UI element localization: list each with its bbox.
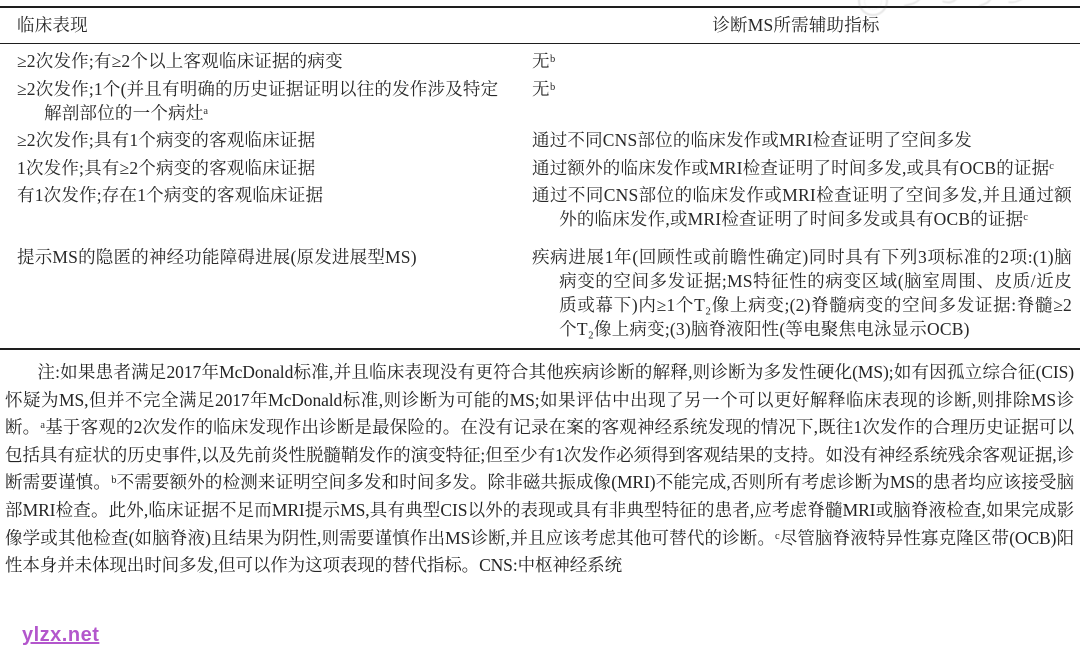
calligraphy-stroke-icon (942, 0, 960, 6)
column-header-criteria: 诊断MS所需辅助指标 (532, 13, 1080, 37)
clinical-presentation-cell: ≥2次发作;1个(并且有明确的历史证据证明以往的发作涉及特定解剖部位的一个病灶ᵃ (0, 77, 532, 125)
table-row: 有1次发作;存在1个病变的客观临床证据 通过不同CNS部位的临床发作或MRI检查… (0, 181, 1080, 233)
site-watermark: ylzx.net (22, 624, 99, 647)
diagnosis-criteria-table: 临床表现 诊断MS所需辅助指标 ≥2次发作;有≥2个以上客观临床证据的病变 无ᵇ… (0, 6, 1080, 350)
table-body: ≥2次发作;有≥2个以上客观临床证据的病变 无ᵇ ≥2次发作;1个(并且有明确的… (0, 44, 1080, 348)
table-row: ≥2次发作;有≥2个以上客观临床证据的病变 无ᵇ (0, 47, 1080, 75)
clinical-presentation-cell: ≥2次发作;具有1个病变的客观临床证据 (0, 128, 532, 152)
document-page: 临床表现 诊断MS所需辅助指标 ≥2次发作;有≥2个以上客观临床证据的病变 无ᵇ… (0, 0, 1080, 658)
required-criteria-cell: 无ᵇ (532, 77, 1080, 101)
clinical-presentation-cell: 1次发作;具有≥2个病变的客观临床证据 (0, 156, 532, 180)
column-header-clinical: 临床表现 (0, 13, 532, 37)
required-criteria-cell: 通过额外的临床发作或MRI检查证明了时间多发,或具有OCB的证据ᶜ (532, 156, 1080, 180)
required-criteria-cell: 通过不同CNS部位的临床发作或MRI检查证明了空间多发,并且通过额外的临床发作,… (532, 183, 1080, 231)
table-row: ≥2次发作;1个(并且有明确的历史证据证明以往的发作涉及特定解剖部位的一个病灶ᵃ… (0, 75, 1080, 127)
calligraphy-stroke-icon (1007, 0, 1032, 4)
required-criteria-cell: 无ᵇ (532, 49, 1080, 73)
table-header-row: 临床表现 诊断MS所需辅助指标 (0, 8, 1080, 44)
required-criteria-cell: 疾病进展1年(回顾性或前瞻性确定)同时具有下列3项标准的2项:(1)脑病变的空间… (532, 245, 1080, 341)
clinical-presentation-cell: 提示MS的隐匿的神经功能障碍进展(原发进展型MS) (0, 245, 532, 269)
clinical-presentation-cell: 有1次发作;存在1个病变的客观临床证据 (0, 183, 532, 207)
clinical-presentation-cell: ≥2次发作;有≥2个以上客观临床证据的病变 (0, 49, 532, 73)
required-criteria-cell: 通过不同CNS部位的临床发作或MRI检查证明了空间多发 (532, 128, 1080, 152)
table-row: 1次发作;具有≥2个病变的客观临床证据 通过额外的临床发作或MRI检查证明了时间… (0, 154, 1080, 182)
table-footnote: 注:如果患者满足2017年McDonald标准,并且临床表现没有更符合其他疾病诊… (0, 359, 1080, 580)
table-row: ≥2次发作;具有1个病变的客观临床证据 通过不同CNS部位的临床发作或MRI检查… (0, 126, 1080, 154)
table-row: 提示MS的隐匿的神经功能障碍进展(原发进展型MS) 疾病进展1年(回顾性或前瞻性… (0, 243, 1080, 343)
